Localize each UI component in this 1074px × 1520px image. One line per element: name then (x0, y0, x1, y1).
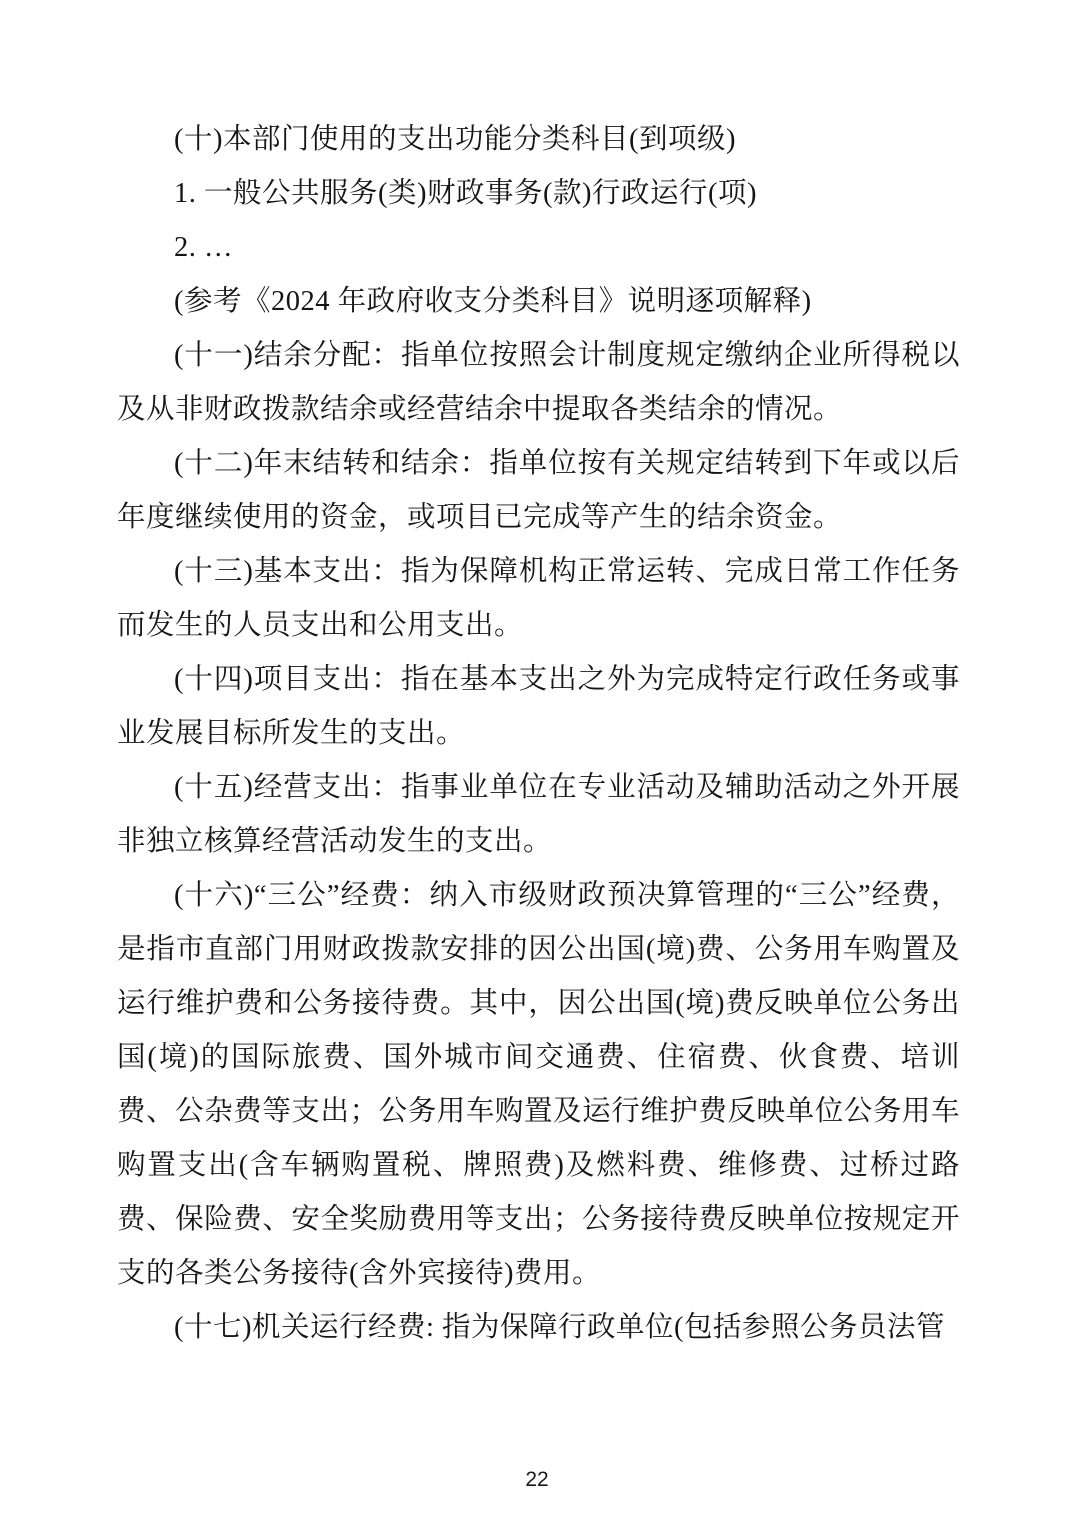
paragraph-list-item-1: 1. 一般公共服务(类)财政事务(款)行政运行(项) (117, 167, 960, 221)
paragraph-item-11: (十一)结余分配：指单位按照会计制度规定缴纳企业所得税以及从非财政拨款结余或经营… (117, 329, 960, 437)
page-number: 22 (0, 1468, 1074, 1492)
paragraph-heading-10: (十)本部门使用的支出功能分类科目(到项级) (117, 113, 960, 167)
paragraph-item-16: (十六)“三公”经费：纳入市级财政预决算管理的“三公”经费，是指市直部门用财政拨… (117, 869, 960, 1301)
paragraph-item-13: (十三)基本支出：指为保障机构正常运转、完成日常工作任务而发生的人员支出和公用支… (117, 545, 960, 653)
paragraph-item-15: (十五)经营支出：指事业单位在专业活动及辅助活动之外开展非独立核算经营活动发生的… (117, 761, 960, 869)
paragraph-item-17: (十七)机关运行经费: 指为保障行政单位(包括参照公务员法管 (117, 1301, 960, 1355)
paragraph-reference-note: (参考《2024 年政府收支分类科目》说明逐项解释) (117, 275, 960, 329)
paragraph-item-12: (十二)年末结转和结余：指单位按有关规定结转到下年或以后年度继续使用的资金，或项… (117, 437, 960, 545)
paragraph-item-14: (十四)项目支出：指在基本支出之外为完成特定行政任务或事业发展目标所发生的支出。 (117, 653, 960, 761)
page-footer: 22 (0, 1430, 1074, 1520)
paragraph-list-item-2: 2. … (117, 221, 960, 275)
document-body: (十)本部门使用的支出功能分类科目(到项级) 1. 一般公共服务(类)财政事务(… (117, 113, 960, 1355)
document-page: (十)本部门使用的支出功能分类科目(到项级) 1. 一般公共服务(类)财政事务(… (0, 0, 1074, 1520)
